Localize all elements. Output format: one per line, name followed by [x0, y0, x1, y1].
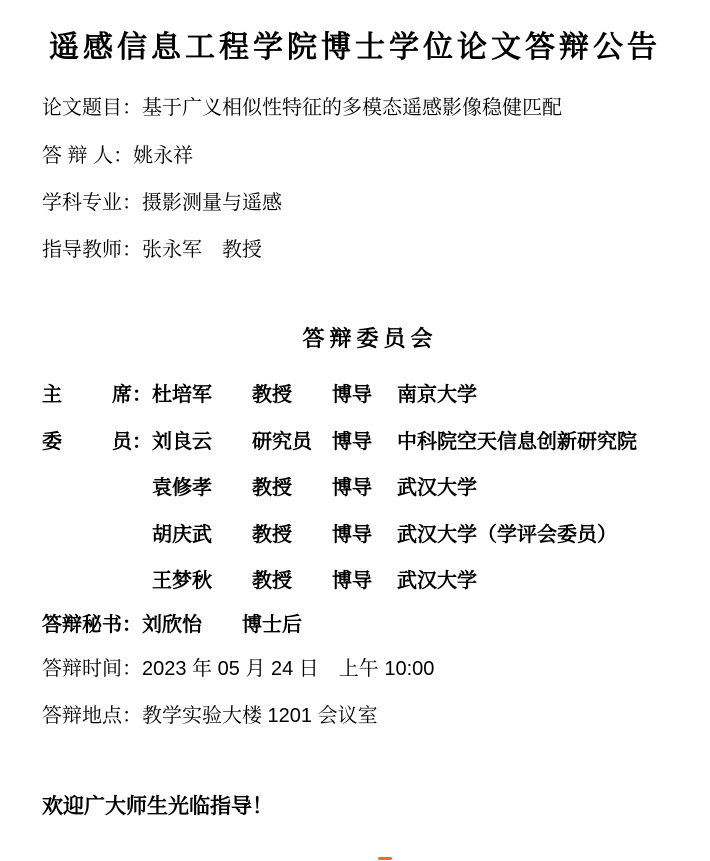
page-title: 遥感信息工程学院博士学位论文答辩公告 [0, 22, 710, 66]
member-affiliation: 武汉大学 [397, 474, 668, 521]
major-value: 摄影测量与遥感 [142, 192, 282, 214]
major-label: 学科专业： [42, 192, 142, 214]
defense-time-value: 2023 年 05 月 24 日 上午 10:00 [142, 658, 434, 680]
member-title: 教授 [252, 474, 332, 521]
defense-venue-label: 答辩地点： [42, 705, 142, 727]
secretary-title: 博士后 [242, 611, 302, 637]
committee-member-name: 刘良云 [152, 428, 252, 475]
committee-heading: 答辩委员会 [15, 322, 710, 353]
member-doctoral-supervisor: 博导 [332, 521, 397, 568]
committee-member-name: 袁修孝 [152, 474, 252, 521]
advisor-line: 指导教师：张永军 教授 [42, 237, 262, 263]
committee-role [42, 567, 152, 614]
defense-time-label: 答辩时间： [42, 658, 142, 680]
page-bottom-mark [378, 857, 392, 860]
member-affiliation: 武汉大学 [397, 567, 668, 614]
candidate-value: 姚永祥 [133, 145, 193, 167]
thesis-title-value: 基于广义相似性特征的多模态遥感影像稳健匹配 [142, 97, 562, 119]
member-affiliation: 武汉大学（学评会委员） [397, 521, 668, 568]
candidate-line: 答 辩 人：姚永祥 [42, 143, 193, 169]
member-doctoral-supervisor: 博导 [332, 381, 397, 428]
member-title: 教授 [252, 381, 332, 428]
committee-member-name: 王梦秋 [152, 567, 252, 614]
committee-table: 主席： 杜培军 教授 博导 南京大学 委员： 刘良云 研究员 博导 中科院空天信… [42, 381, 668, 614]
member-title: 教授 [252, 521, 332, 568]
committee-member-name: 胡庆武 [152, 521, 252, 568]
thesis-title-label: 论文题目： [42, 97, 142, 119]
secretary-label: 答辩秘书： [42, 611, 142, 637]
thesis-title-line: 论文题目：基于广义相似性特征的多模态遥感影像稳健匹配 [42, 95, 562, 121]
welcome-message: 欢迎广大师生光临指导！ [42, 792, 273, 819]
candidate-label: 答 辩 人： [42, 145, 133, 167]
committee-role [42, 521, 152, 568]
member-title: 教授 [252, 567, 332, 614]
committee-role: 委员： [42, 428, 152, 475]
advisor-value: 张永军 教授 [142, 239, 262, 261]
committee-member-name: 杜培军 [152, 381, 252, 428]
defense-venue-line: 答辩地点：教学实验大楼 1201 会议室 [42, 703, 378, 729]
member-affiliation: 南京大学 [397, 381, 668, 428]
committee-role [42, 474, 152, 521]
secretary-name: 刘欣怡 [142, 611, 202, 637]
defense-time-line: 答辩时间：2023 年 05 月 24 日 上午 10:00 [42, 656, 434, 682]
secretary-line: 答辩秘书：刘欣怡博士后 [42, 611, 302, 637]
member-affiliation: 中科院空天信息创新研究院 [397, 428, 668, 475]
committee-role: 主席： [42, 381, 152, 428]
defense-venue-value: 教学实验大楼 1201 会议室 [142, 705, 378, 727]
member-doctoral-supervisor: 博导 [332, 474, 397, 521]
member-doctoral-supervisor: 博导 [332, 428, 397, 475]
member-title: 研究员 [252, 428, 332, 475]
member-doctoral-supervisor: 博导 [332, 567, 397, 614]
defense-announcement-document: 遥感信息工程学院博士学位论文答辩公告 论文题目：基于广义相似性特征的多模态遥感影… [0, 0, 710, 861]
advisor-label: 指导教师： [42, 239, 142, 261]
major-line: 学科专业：摄影测量与遥感 [42, 190, 282, 216]
